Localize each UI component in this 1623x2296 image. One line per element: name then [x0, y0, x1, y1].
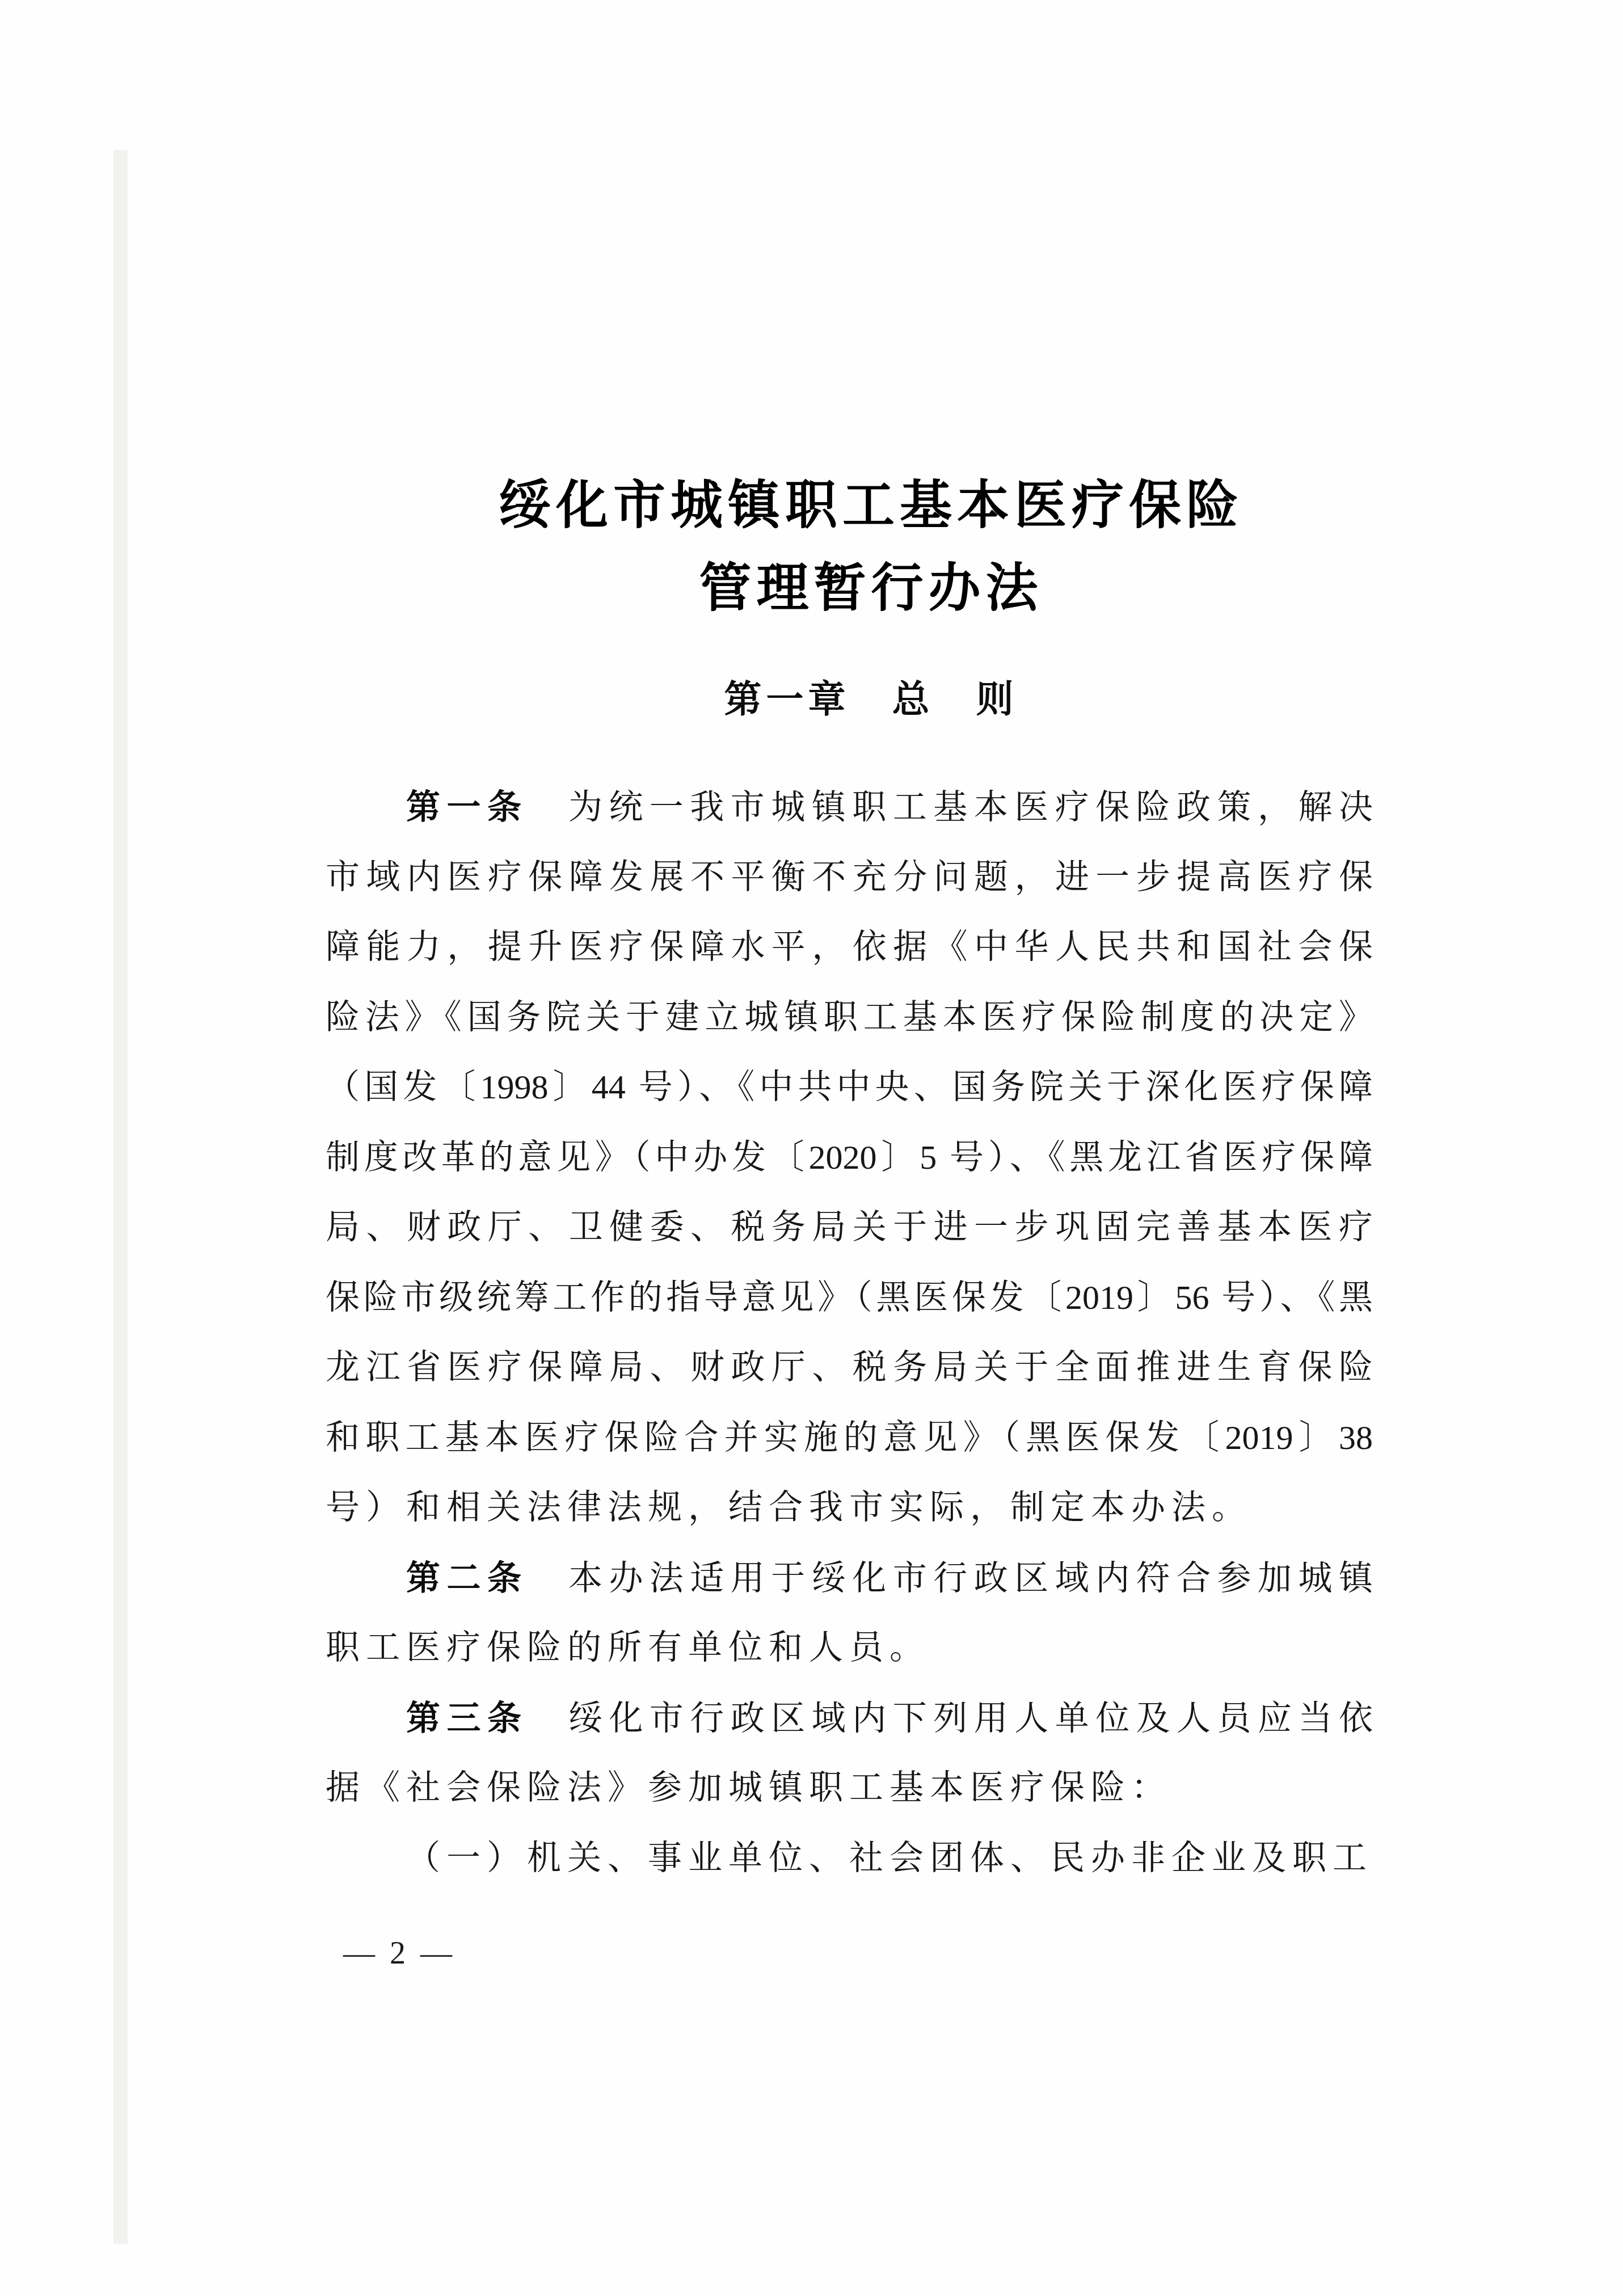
body-line: 号）和相关法律法规，结合我市实际，制定本办法。 — [326, 1473, 1373, 1543]
body-line: （一）机关、事业单位、社会团体、民办非企业及职工； — [326, 1823, 1373, 1894]
chapter-heading: 第一章 总 则 — [60, 680, 1623, 718]
body-line: 障能力，提升医疗保障水平，依据《中华人民共和国社会保 — [326, 912, 1373, 983]
body-line: 第一条 为统一我市城镇职工基本医疗保险政策，解决 — [326, 772, 1373, 842]
body-line-text: 号）和相关法律法规，结合我市实际，制定本办法。 — [326, 1489, 1252, 1526]
body-line-text: 绥化市行政区域内下列用人单位及人员应当依 — [528, 1700, 1373, 1737]
body-line-text: 保险市级统筹工作的指导意见》（黑医保发〔2019〕56 号）、《黑 — [326, 1279, 1373, 1316]
body-line-text: 职工医疗保险的所有单位和人员。 — [326, 1629, 930, 1666]
body-line: 第二条 本办法适用于绥化市行政区域内符合参加城镇 — [326, 1543, 1373, 1613]
body-line: 制度改革的意见》（中办发〔2020〕5 号）、《黑龙江省医疗保障 — [326, 1123, 1373, 1193]
body-line-text: 据《社会保险法》参加城镇职工基本医疗保险： — [326, 1769, 1171, 1806]
body-line-text: 市域内医疗保障发展不平衡不充分问题，进一步提高医疗保 — [326, 858, 1373, 896]
body-line: 第三条 绥化市行政区域内下列用人单位及人员应当依 — [326, 1683, 1373, 1754]
article-number: 第二条 — [406, 1559, 528, 1597]
body-line: 龙江省医疗保障局、财政厅、税务局关于全面推进生育保险 — [326, 1333, 1373, 1403]
document-title-line1: 绥化市城镇职工基本医疗保险 — [60, 479, 1623, 532]
article-number: 第三条 — [406, 1699, 528, 1737]
body-line-text: （一）机关、事业单位、社会团体、民办非企业及职工； — [406, 1839, 1373, 1877]
body-line-text: 和职工基本医疗保险合并实施的意见》（黑医保发〔2019〕38 — [326, 1419, 1373, 1456]
body-line-text: 本办法适用于绥化市行政区域内符合参加城镇 — [528, 1560, 1373, 1597]
page-number: — 2 — — [343, 1937, 456, 1969]
body-line-text: 为统一我市城镇职工基本医疗保险政策，解决 — [528, 789, 1373, 826]
document-body: 第一条 为统一我市城镇职工基本医疗保险政策，解决 市域内医疗保障发展不平衡不充分… — [326, 772, 1373, 1893]
body-line-text: 障能力，提升医疗保障水平，依据《中华人民共和国社会保 — [326, 928, 1373, 966]
body-line: （国发〔1998〕44 号）、《中共中央、国务院关于深化医疗保障 — [326, 1052, 1373, 1123]
body-line-text: （国发〔1998〕44 号）、《中共中央、国务院关于深化医疗保障 — [326, 1068, 1373, 1106]
body-line: 和职工基本医疗保险合并实施的意见》（黑医保发〔2019〕38 — [326, 1403, 1373, 1473]
document-title-line2: 管理暂行办法 — [60, 562, 1623, 614]
body-line: 据《社会保险法》参加城镇职工基本医疗保险： — [326, 1753, 1373, 1823]
body-line-text: 局、财政厅、卫健委、税务局关于进一步巩固完善基本医疗 — [326, 1208, 1373, 1246]
body-line-text: 险法》《国务院关于建立城镇职工基本医疗保险制度的决定》 — [326, 999, 1373, 1036]
article-number: 第一条 — [406, 788, 528, 826]
body-line-text: 制度改革的意见》（中办发〔2020〕5 号）、《黑龙江省医疗保障 — [326, 1139, 1373, 1176]
body-line-text: 龙江省医疗保障局、财政厅、税务局关于全面推进生育保险 — [326, 1349, 1373, 1386]
body-line: 市域内医疗保障发展不平衡不充分问题，进一步提高医疗保 — [326, 842, 1373, 913]
body-line: 局、财政厅、卫健委、税务局关于进一步巩固完善基本医疗 — [326, 1193, 1373, 1263]
body-line: 职工医疗保险的所有单位和人员。 — [326, 1613, 1373, 1683]
scan-artifact-band — [113, 150, 128, 2244]
body-line: 险法》《国务院关于建立城镇职工基本医疗保险制度的决定》 — [326, 983, 1373, 1053]
body-line: 保险市级统筹工作的指导意见》（黑医保发〔2019〕56 号）、《黑 — [326, 1263, 1373, 1333]
scanned-document-page: 绥化市城镇职工基本医疗保险 管理暂行办法 第一章 总 则 第一条 为统一我市城镇… — [0, 0, 1623, 2296]
